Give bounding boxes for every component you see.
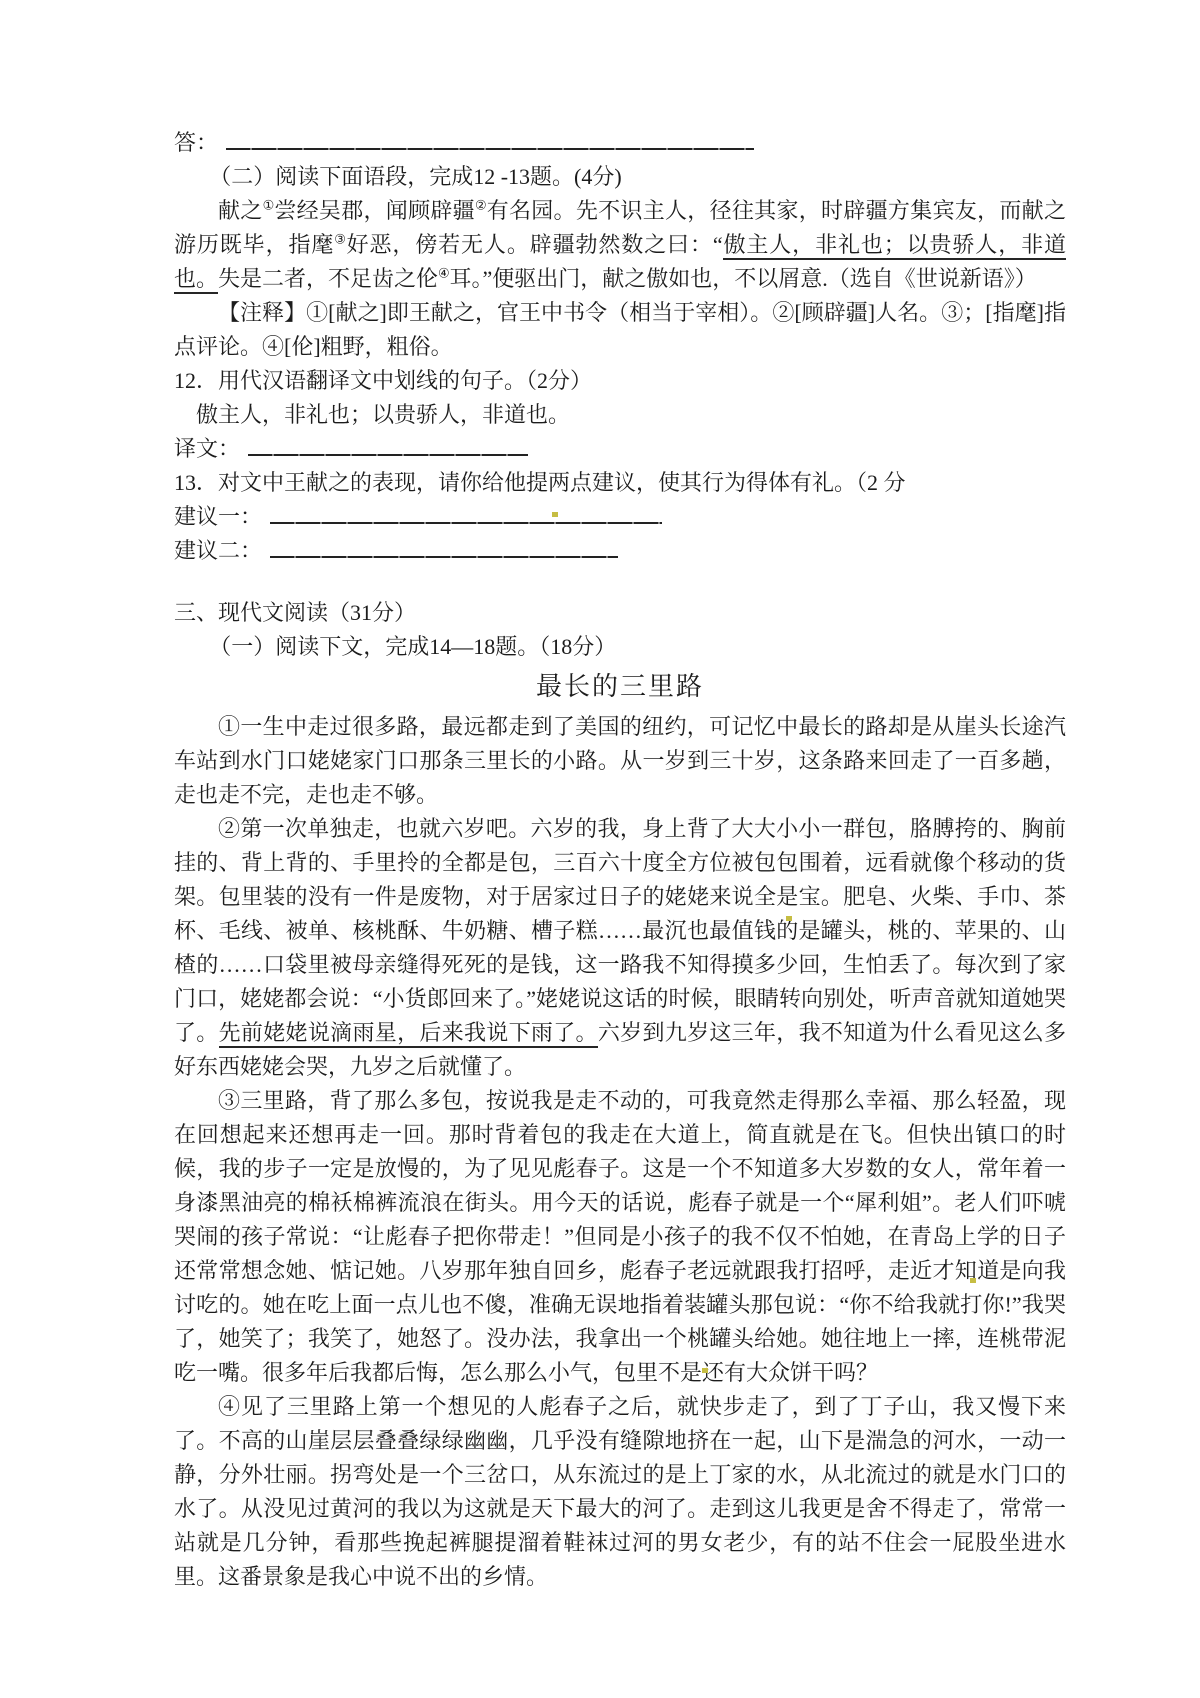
- question-13-text: 13．对文中王献之的表现，请你给他提两点建议，使其行为得体有礼。（2 分: [174, 466, 1066, 500]
- translation-row: 译文：: [174, 432, 1066, 466]
- stray-yellow-mark: [970, 1278, 976, 1283]
- suggestion1-row: 建议一：: [174, 500, 1066, 534]
- circled-note-number: ④: [438, 267, 449, 281]
- essay-paragraph: ①一生中走过很多路，最远都走到了美国的纽约，可记忆中最长的路却是从崖头长途汽车站…: [174, 710, 1066, 812]
- question-12-sentence: 傲主人，非礼也；以贵骄人，非道也。: [174, 398, 1066, 432]
- answer-row: 答：: [174, 126, 1066, 160]
- answer-blank-line[interactable]: [226, 127, 754, 150]
- text-run: ①一生中走过很多路，最远都走到了美国的纽约，可记忆中最长的路却是从崖头长途汽车站…: [174, 714, 1066, 807]
- classical-passage: 献之①尝经吴郡，闻顾辟疆②有名园。先不识主人，径往其家，时辟疆方集宾友，而献之游…: [174, 194, 1066, 296]
- circled-note-number: ①: [263, 199, 275, 213]
- circled-note-number: ③: [334, 233, 346, 247]
- stray-yellow-mark: [786, 916, 792, 921]
- underlined-sentence: 先前姥姥说滴雨星，后来我说下雨了。: [219, 1020, 598, 1048]
- suggestion1-label: 建议一：: [174, 504, 262, 529]
- essay-body: ①一生中走过很多路，最远都走到了美国的纽约，可记忆中最长的路却是从崖头长途汽车站…: [174, 710, 1066, 1594]
- translation-label: 译文：: [174, 436, 240, 461]
- suggestion1-blank-line[interactable]: [270, 501, 662, 524]
- essay-title: 最长的三里路: [174, 666, 1066, 708]
- translation-blank-line[interactable]: [248, 433, 528, 456]
- text-run: 献之: [218, 198, 263, 223]
- section3-subheading: （一）阅读下文，完成14—18题。（18分）: [174, 630, 1066, 664]
- section2-heading: （二）阅读下面语段，完成12 -13题。(4分): [174, 160, 1066, 194]
- suggestion2-label: 建议二：: [174, 538, 262, 563]
- text-run: 失是二者，不足齿之伦: [218, 266, 438, 291]
- exam-page: 答： （二）阅读下面语段，完成12 -13题。(4分) 献之①尝经吴郡，闻顾辟疆…: [0, 0, 1200, 1698]
- text-run: 尝经吴郡，闻顾辟疆: [274, 198, 475, 223]
- text-run: ④见了三里路上第一个想见的人彪春子之后，就快步走了，到了丁子山，我又慢下来了。不…: [174, 1394, 1066, 1589]
- suggestion2-blank-line[interactable]: [270, 535, 618, 558]
- passage-notes: 【注释】①[献之]即王献之，官王中书令（相当于宰相）。②[顾辟疆]人名。③；[指…: [174, 296, 1066, 364]
- text-run: 好恶，傍若无人。辟疆勃然数之曰：“: [347, 232, 723, 257]
- text-run: 耳。”便驱出门，献之傲如也，不以屑意.（选自《世说新语》）: [449, 266, 1036, 291]
- essay-paragraph: ③三里路，背了那么多包，按说我是走不动的，可我竟然走得那么幸福、那么轻盈，现在回…: [174, 1084, 1066, 1390]
- text-run: ③三里路，背了那么多包，按说我是走不动的，可我竟然走得那么幸福、那么轻盈，现在回…: [174, 1088, 1066, 1385]
- text-run: ②第一次单独走，也就六岁吧。六岁的我，身上背了大大小小一群包，胳膊挎的、胸前挂的…: [174, 816, 1066, 1045]
- answer-label: 答：: [174, 130, 218, 155]
- circled-note-number: ②: [475, 199, 487, 213]
- suggestion2-row: 建议二：: [174, 534, 1066, 568]
- essay-paragraph: ④见了三里路上第一个想见的人彪春子之后，就快步走了，到了丁子山，我又慢下来了。不…: [174, 1390, 1066, 1594]
- stray-yellow-mark: [552, 512, 558, 517]
- stray-yellow-mark: [702, 1368, 708, 1373]
- question-12-text: 12．用代汉语翻译文中划线的句子。（2分）: [174, 364, 1066, 398]
- essay-paragraph: ②第一次单独走，也就六岁吧。六岁的我，身上背了大大小小一群包，胳膊挎的、胸前挂的…: [174, 812, 1066, 1084]
- section3-heading: 三、现代文阅读（31分）: [174, 596, 1066, 630]
